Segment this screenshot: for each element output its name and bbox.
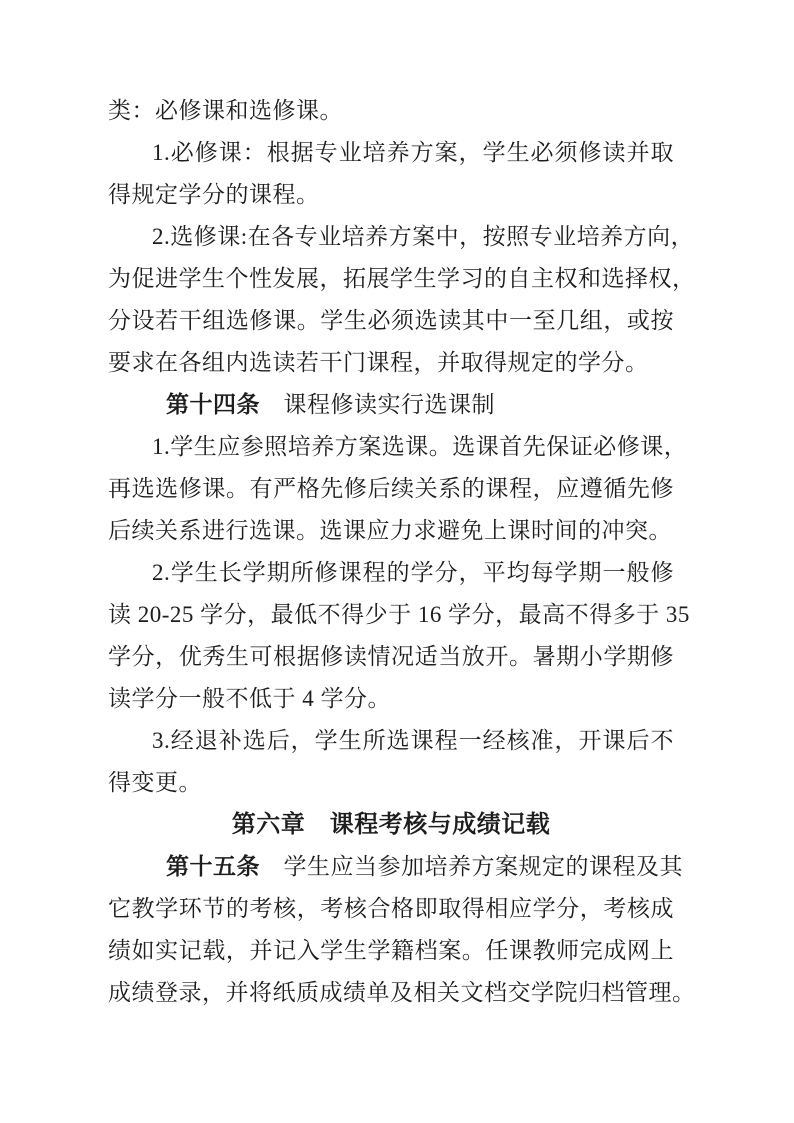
text-line: 得规定学分的课程。 — [108, 174, 674, 216]
text-line: 类：必修课和选修课。 — [108, 90, 674, 132]
text-line: 学分，优秀生可根据修读情况适当放开。暑期小学期修 — [108, 636, 674, 678]
text-line: 为促进学生个性发展，拓展学生学习的自主权和选择权， — [108, 258, 674, 300]
article-line: 第十五条 学生应当参加培养方案规定的课程及其 — [108, 846, 674, 888]
article-line: 第十四条 课程修读实行选课制 — [108, 384, 674, 426]
text-line: 得变更。 — [108, 762, 674, 804]
text-line: 2.学生长学期所修课程的学分，平均每学期一般修 — [108, 552, 674, 594]
document-page: 类：必修课和选修课。 1.必修课：根据专业培养方案，学生必须修读并取 得规定学分… — [0, 0, 794, 1123]
article-number: 第十四条 — [166, 392, 260, 417]
text-line: 3.经退补选后，学生所选课程一经核准，开课后不 — [108, 720, 674, 762]
text-line: 读 20-25 学分，最低不得少于 16 学分，最高不得多于 35 — [108, 594, 674, 636]
article-title: 课程修读实行选课制 — [260, 392, 495, 417]
text-line: 读学分一般不低于 4 学分。 — [108, 678, 674, 720]
text-line: 它教学环节的考核，考核合格即取得相应学分，考核成 — [108, 888, 674, 930]
text-line: 要求在各组内选读若干门课程，并取得规定的学分。 — [108, 342, 674, 384]
text-line: 后续关系进行选课。选课应力求避免上课时间的冲突。 — [108, 510, 674, 552]
text-line: 绩如实记载，并记入学生学籍档案。任课教师完成网上 — [108, 930, 674, 972]
text-line: 再选选修课。有严格先修后续关系的课程，应遵循先修 — [108, 468, 674, 510]
text-line: 分设若干组选修课。学生必须选读其中一至几组，或按 — [108, 300, 674, 342]
text-line: 成绩登录，并将纸质成绩单及相关文档交学院归档管理。 — [108, 972, 674, 1014]
article-number: 第十五条 — [166, 854, 260, 879]
document-body: 类：必修课和选修课。 1.必修课：根据专业培养方案，学生必须修读并取 得规定学分… — [108, 90, 674, 1014]
text-line: 1.必修课：根据专业培养方案，学生必须修读并取 — [108, 132, 674, 174]
article-text: 学生应当参加培养方案规定的课程及其 — [260, 854, 683, 879]
text-line: 2.选修课:在各专业培养方案中，按照专业培养方向， — [108, 216, 674, 258]
text-line: 1.学生应参照培养方案选课。选课首先保证必修课， — [108, 426, 674, 468]
chapter-heading: 第六章 课程考核与成绩记载 — [108, 804, 674, 846]
